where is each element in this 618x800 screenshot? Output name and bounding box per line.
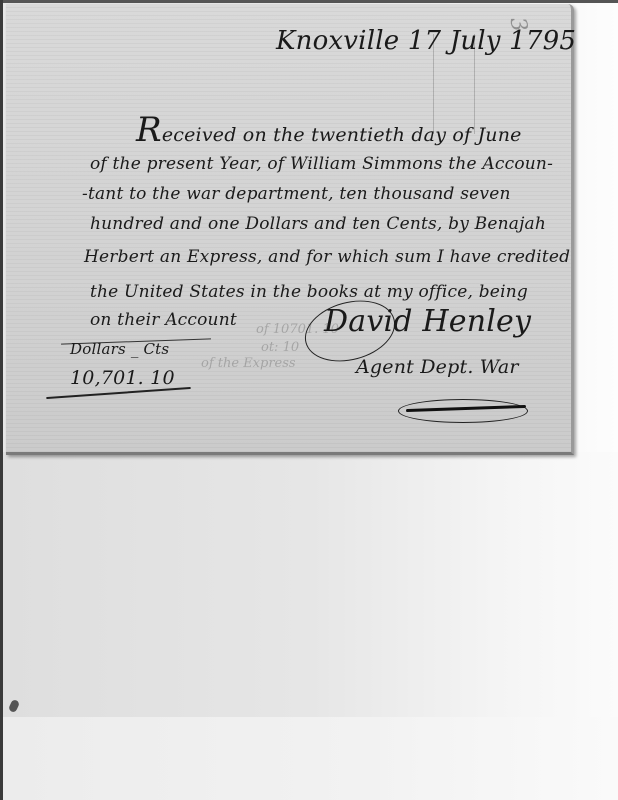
scanner-background-bottom [3, 717, 618, 800]
scan-top-edge [0, 0, 618, 3]
receipt-paper: of 10701. 10 ot: 10 of the Express 3 Kno… [6, 4, 574, 455]
body-line-3: -tant to the war department, ten thousan… [82, 184, 511, 204]
body-line-5: Herbert an Express, and for which sum I … [84, 247, 570, 267]
amount-label: Dollars _ Cts [70, 340, 169, 358]
scanner-background [3, 452, 618, 732]
body-line-7: on their Account [90, 310, 237, 330]
signature-title: Agent Dept. War [356, 356, 519, 378]
dateline: Knoxville 17 July 1795 [276, 26, 576, 56]
body-line-4: hundred and one Dollars and ten Cents, b… [90, 214, 546, 234]
initial-capital: R [136, 110, 162, 150]
body-line-2: of the present Year, of William Simmons … [90, 154, 553, 174]
body-line-6: the United States in the books at my off… [90, 282, 528, 302]
signature: David Henley [324, 304, 531, 339]
bleed-through-text: ot: 10 [261, 340, 299, 355]
amount-value: 10,701. 10 [70, 367, 175, 389]
body-line-1: Received on the twentieth day of June [136, 110, 522, 150]
bleed-through-text: of the Express [201, 356, 296, 371]
body-line-1-text: eceived on the twentieth day of June [162, 124, 522, 146]
